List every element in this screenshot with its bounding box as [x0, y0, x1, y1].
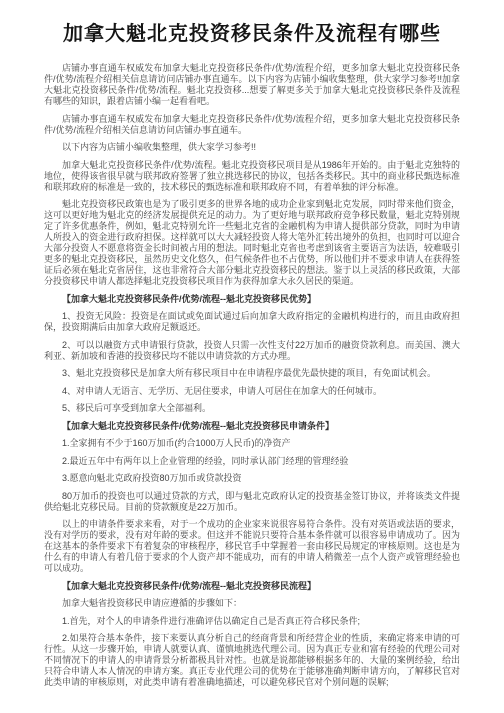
- paragraph: 1、投资无风险：投资是在面试或免面试通过后向加拿大政府指定的金融机构进行的，而且…: [44, 311, 460, 333]
- paragraph: 1.首先，对个人的申请条件进行准确评估以确定自己是否真正符合移民条件;: [44, 616, 460, 627]
- paragraph: 80万加币的投资也可以通过贷款的方式，即与魁北克政府认定的投资基金签订协议，并将…: [44, 491, 460, 513]
- paragraph: 以上的申请条件要求来看，对于一个成功的企业家来说很容易符合条件。没有对英语或法语…: [44, 519, 460, 574]
- page-title: 加拿大魁北克投资移民条件及流程有哪些: [44, 22, 460, 47]
- section-heading: 【加拿大魁北克投资移民条件/优势/流程--魁北克投资移民流程】: [44, 581, 460, 592]
- paragraph: 以下内容为店铺小编收集整理，供大家学习参考!!: [44, 142, 460, 153]
- paragraph: 店铺办事直通车权威发布加拿大魁北克投资移民条件/优势/流程介绍，更多加拿大魁北克…: [44, 63, 460, 107]
- paragraph: 1.全家拥有不少于160万加币(约合1000万人民币)的净资产: [44, 438, 460, 449]
- paragraph: 店铺办事直通车权威发布加拿大魁北克投资移民条件/优势/流程介绍，更多加拿大魁北克…: [44, 114, 460, 136]
- paragraph: 加拿大魁北克投资移民条件/优势/流程。魁北克投资移民项目是从1986年开始的。由…: [44, 160, 460, 193]
- paragraph: 2.如果符合基本条件，接下来要认真分析自己的经商背景和所经营企业的性质，来确定将…: [44, 633, 460, 688]
- paragraph: 魁北克投资移民政策也是为了吸引更多的世界各地的成功企业家到魁北克发展，同时带来他…: [44, 199, 460, 287]
- article-body: 店铺办事直通车权威发布加拿大魁北克投资移民条件/优势/流程介绍，更多加拿大魁北克…: [44, 63, 460, 688]
- paragraph: 2.最近五年中有两年以上企业管理的经验，同时承认部门经理的管理经验: [44, 456, 460, 467]
- paragraph: 加拿大魁省投资移民申请应遵循的步骤如下：: [44, 598, 460, 609]
- paragraph: 5、移民后可享受到加拿大全部福利。: [44, 403, 460, 414]
- paragraph: 4、对申请人无语言、无学历、无居住要求，申请人可居住在加拿大的任何城市。: [44, 386, 460, 397]
- section-heading: 【加拿大魁北克投资移民条件/优势/流程--魁北克投资移民申请条件】: [44, 421, 460, 432]
- section-heading: 【加拿大魁北克投资移民条件/优势/流程--魁北克投资移民优势】: [44, 294, 460, 305]
- article-page: 加拿大魁北克投资移民条件及流程有哪些 店铺办事直通车权威发布加拿大魁北克投资移民…: [0, 0, 504, 713]
- paragraph: 2、可以以融资方式申请银行贷款，投资人只需一次性支付22万加币的融资贷款利息。而…: [44, 340, 460, 362]
- paragraph: 3、魁北克投资移民是加拿大所有移民项目中在申请程序最优先最快捷的项目，有免面试机…: [44, 368, 460, 379]
- paragraph: 3.愿意向魁北克政府投资80万加币或贷款投资: [44, 473, 460, 484]
